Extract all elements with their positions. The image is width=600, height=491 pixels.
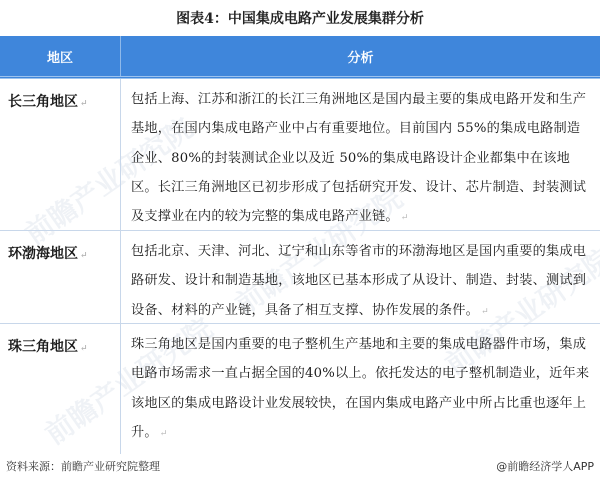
credit-note: @前瞻经济学人APP xyxy=(496,458,594,474)
region-cell: 环渤海地区↵ xyxy=(0,231,121,323)
analysis-cell: 包括上海、江苏和浙江的长江三角洲地区是国内最主要的集成电路开发和生产基地，在国内… xyxy=(121,79,600,230)
paragraph-mark-icon: ↵ xyxy=(481,307,489,317)
region-label: 珠三角地区 xyxy=(8,339,78,355)
table-row: 长三角地区↵ 包括上海、江苏和浙江的长江三角洲地区是国内最主要的集成电路开发和生… xyxy=(0,79,600,231)
table-row: 珠三角地区↵ 珠三角地区是国内重要的电子整机生产基地和主要的集成电路器件市场，集… xyxy=(0,324,600,454)
analysis-cell: 包括北京、天津、河北、辽宁和山东等省市的环渤海地区是国内重要的集成电路研发、设计… xyxy=(121,231,600,323)
region-cell: 长三角地区↵ xyxy=(0,79,121,230)
paragraph-mark-icon: ↵ xyxy=(80,344,88,354)
region-cell: 珠三角地区↵ xyxy=(0,324,121,454)
figure-title: 图表4：中国集成电路产业发展集群分析 xyxy=(0,8,600,28)
footer: 资料来源：前瞻产业研究院整理 @前瞻经济学人APP xyxy=(6,458,594,474)
paragraph-mark-icon: ↵ xyxy=(80,99,88,109)
analysis-text: 珠三角地区是国内重要的电子整机生产基地和主要的集成电路器件市场，集成电路市场需求… xyxy=(131,337,589,440)
header-region: 地区 xyxy=(0,36,121,76)
analysis-text: 包括上海、江苏和浙江的长江三角洲地区是国内最主要的集成电路开发和生产基地，在国内… xyxy=(131,92,586,224)
table-row: 环渤海地区↵ 包括北京、天津、河北、辽宁和山东等省市的环渤海地区是国内重要的集成… xyxy=(0,231,600,324)
analysis-cell: 珠三角地区是国内重要的电子整机生产基地和主要的集成电路器件市场，集成电路市场需求… xyxy=(121,324,600,454)
header-analysis: 分析 xyxy=(121,36,600,76)
analysis-text: 包括北京、天津、河北、辽宁和山东等省市的环渤海地区是国内重要的集成电路研发、设计… xyxy=(131,244,586,318)
source-note: 资料来源：前瞻产业研究院整理 xyxy=(6,458,160,474)
paragraph-mark-icon: ↵ xyxy=(160,429,168,439)
paragraph-mark-icon: ↵ xyxy=(80,251,88,261)
region-label: 环渤海地区 xyxy=(8,246,78,262)
region-label: 长三角地区 xyxy=(8,94,78,110)
paragraph-mark-icon: ↵ xyxy=(401,213,409,223)
cluster-table: 地区 分析 长三角地区↵ 包括上海、江苏和浙江的长江三角洲地区是国内最主要的集成… xyxy=(0,36,600,454)
table-header: 地区 分析 xyxy=(0,36,600,79)
